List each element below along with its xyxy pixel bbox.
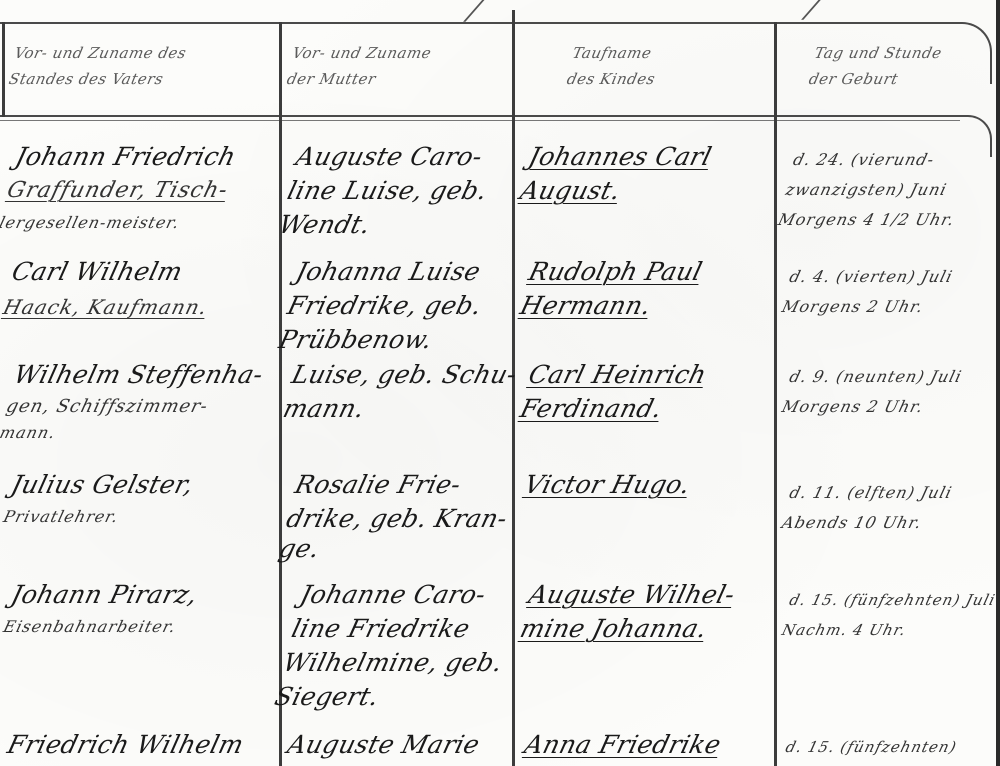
header-top-rule	[0, 22, 960, 24]
entry-2-child: Rudolph Paul Hermann.	[517, 255, 706, 323]
entry-2-birth: d. 4. (vierten) Juli Morgens 2 Uhr.	[779, 262, 957, 322]
entry-2-mother: Johanna Luise Friedrike, geb. Prübbenow.	[275, 255, 494, 357]
entry-1-mother: Auguste Caro- line Luise, geb. Wendt.	[275, 140, 499, 242]
page-right-edge	[996, 0, 1000, 766]
entry-6-mother: Auguste Marie	[284, 728, 484, 762]
entry-3-birth: d. 9. (neunten) Juli Morgens 2 Uhr.	[779, 362, 966, 422]
entry-1-father: Johann Friedrich Graffunder, Tisch- lerg…	[0, 140, 240, 238]
header-child: Taufname des Kindes	[564, 40, 663, 92]
entry-3-mother: Luise, geb. Schu- mann.	[280, 358, 521, 426]
register-page: / / Vor- und Zuname des Standes des Vate…	[0, 0, 1000, 766]
entry-4-birth: d. 11. (elften) Juli Abends 10 Uhr.	[779, 478, 956, 538]
entry-6-birth: d. 15. (fünfzehnten)	[782, 732, 960, 762]
entry-5-birth: d. 15. (fünfzehnten) Juli Nachm. 4 Uhr.	[779, 585, 1000, 645]
entry-1-birth: d. 24. (vierund- zwanzigsten) Juni Morge…	[775, 145, 973, 235]
header-double-rule	[0, 120, 960, 121]
entry-4-father: Julius Gelster, Privatlehrer.	[0, 468, 197, 532]
entry-3-father: Wilhelm Steffenha- gen, Schiffszimmer- m…	[0, 358, 267, 444]
entry-4-mother: Rosalie Frie- drike, geb. Kran- ge.	[276, 468, 519, 562]
entry-1-child: Johannes Carl August.	[517, 140, 716, 208]
entry-3-child: Carl Heinrich Ferdinand.	[517, 358, 711, 426]
header-mother: Vor- und Zuname der Mutter	[284, 40, 434, 92]
column-divider-3	[774, 22, 777, 766]
header-father: Vor- und Zuname des Standes des Vaters	[6, 40, 188, 92]
entry-6-child: Anna Friedrike	[521, 728, 725, 762]
column-divider-1	[279, 22, 282, 766]
header-birth-date: Tag und Stunde der Geburt	[806, 40, 944, 92]
entry-5-child: Auguste Wilhel- mine Johanna.	[517, 578, 739, 646]
entry-2-father: Carl Wilhelm Haack, Kaufmann.	[0, 255, 220, 325]
header-bottom-rule	[0, 115, 960, 117]
left-border	[2, 22, 5, 117]
entry-5-father: Johann Pirarz, Eisenbahnarbeiter.	[0, 578, 201, 642]
entry-5-mother: Johanne Caro- line Friedrike Wilhelmine,…	[271, 578, 523, 714]
entry-6-father: Friedrich Wilhelm	[4, 728, 248, 762]
entry-4-child: Victor Hugo.	[521, 468, 694, 502]
